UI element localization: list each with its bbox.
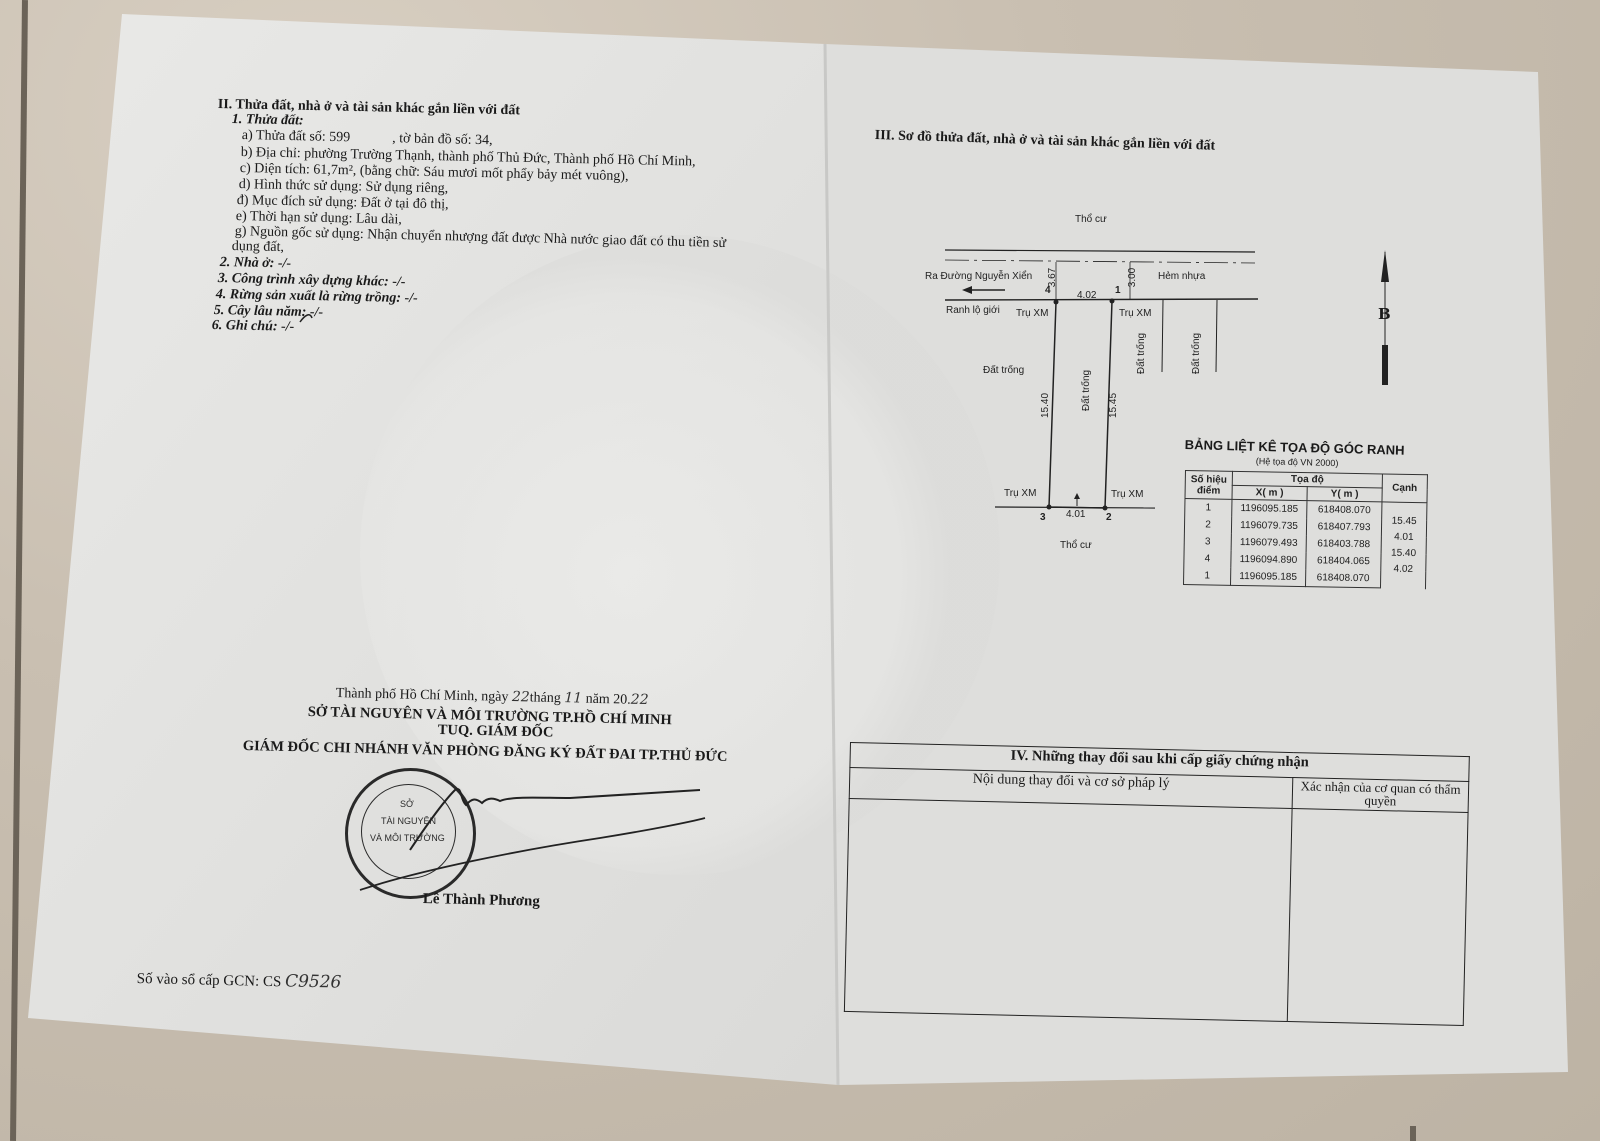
changes-table: IV. Những thay đổi sau khi cấp giấy chứn… xyxy=(844,742,1470,1026)
road-label: Ra Đường Nguyễn Xiển xyxy=(925,271,1032,282)
coordinate-table: Số hiệu điểm Tọa độ Cạnh X( m ) Y( m ) 1… xyxy=(1183,470,1428,589)
certificate-sheet: II. Thửa đất, nhà ở và tài sản khác gắn … xyxy=(0,0,1600,1141)
header-x: X( m ) xyxy=(1232,485,1307,500)
marker-4-label: Trụ XM xyxy=(1016,308,1048,319)
diagram-top-label: Thổ cư xyxy=(1075,214,1107,225)
header-edge: Cạnh xyxy=(1382,474,1427,503)
alley-label: Hẻm nhựa xyxy=(1158,271,1205,282)
right-neighbor-label-2: Đất trống xyxy=(1191,333,1202,374)
edge-right-length: 15.45 xyxy=(1108,393,1119,418)
setback-right: 3.00 xyxy=(1127,268,1138,287)
point-3: 3 xyxy=(1040,512,1046,523)
diagram-bottom-label: Thổ cư xyxy=(1060,540,1092,551)
boundary-label: Ranh lộ giới xyxy=(946,305,1000,316)
changes-content-cell xyxy=(844,798,1292,1021)
coord-table-subtitle: (Hệ tọa độ VN 2000) xyxy=(1256,456,1339,468)
changes-confirmation-cell xyxy=(1287,809,1468,1026)
point-1: 1 xyxy=(1115,285,1121,296)
left-neighbor-label: Đất trống xyxy=(983,365,1024,376)
marker-2-label: Trụ XM xyxy=(1111,489,1143,500)
header-point: Số hiệu điểm xyxy=(1185,471,1232,500)
edge-top-length: 4.02 xyxy=(1077,290,1096,301)
changes-col-confirmation: Xác nhận của cơ quan có thẩm quyền xyxy=(1292,778,1469,813)
setback-left: 3.67 xyxy=(1047,268,1058,287)
right-neighbor-label-1: Đất trống xyxy=(1136,333,1147,374)
point-2: 2 xyxy=(1106,512,1112,523)
parcel-label: Đất trống xyxy=(1081,370,1092,411)
marker-1-label: Trụ XM xyxy=(1119,308,1151,319)
header-y: Y( m ) xyxy=(1307,487,1382,502)
north-symbol: B xyxy=(1378,305,1391,323)
edge-left-length: 15.40 xyxy=(1040,393,1051,418)
marker-3-label: Trụ XM xyxy=(1004,488,1036,499)
edge-column: 15.45 4.01 15.40 4.02 xyxy=(1380,502,1426,589)
edge-bottom-length: 4.01 xyxy=(1066,509,1085,520)
